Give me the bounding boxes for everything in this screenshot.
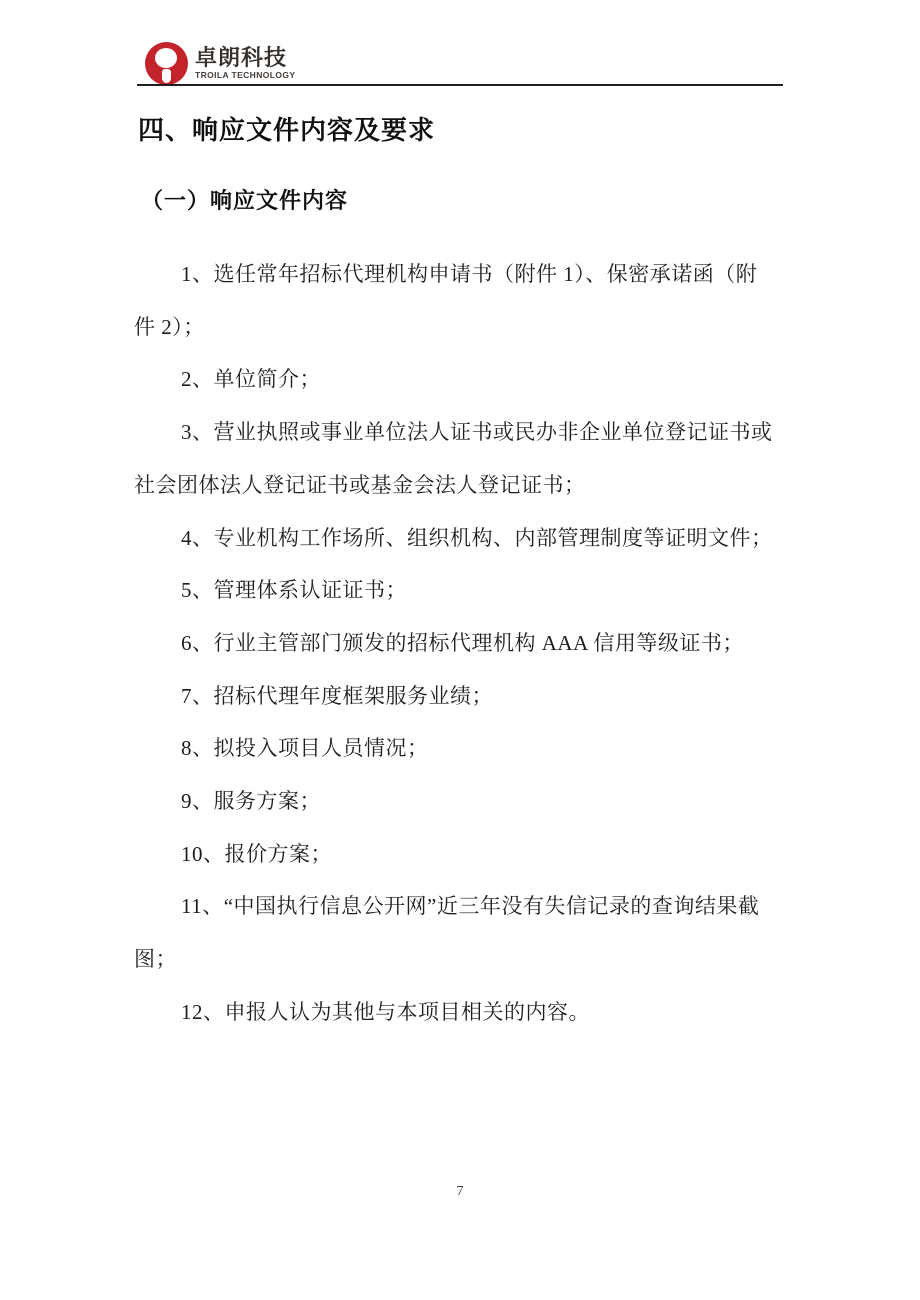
list-item-line-first: 9、服务方案； <box>134 775 790 828</box>
list-item: 11、“中国执行信息公开网”近三年没有失信记录的查询结果截图； <box>134 880 790 985</box>
troila-logo-icon <box>145 42 188 85</box>
list-item-line-first: 1、选任常年招标代理机构申请书（附件 1）、保密承诺函（附 <box>134 248 790 301</box>
logo-company-name-en: TROILA TECHNOLOGY <box>195 70 295 81</box>
list-item-line-first: 5、管理体系认证证书； <box>134 564 790 617</box>
list-item-line-first: 10、报价方案； <box>134 828 790 881</box>
section-title: 四、响应文件内容及要求 <box>138 113 435 147</box>
requirements-list: 1、选任常年招标代理机构申请书（附件 1）、保密承诺函（附件 2）；2、单位简介… <box>134 248 790 1039</box>
list-item: 10、报价方案； <box>134 828 790 881</box>
list-item: 12、申报人认为其他与本项目相关的内容。 <box>134 986 790 1039</box>
list-item-line-first: 4、专业机构工作场所、组织机构、内部管理制度等证明文件； <box>134 512 790 565</box>
list-item-line-first: 8、拟投入项目人员情况； <box>134 722 790 775</box>
list-item: 8、拟投入项目人员情况； <box>134 722 790 775</box>
logo-keyhole-shape <box>155 48 177 68</box>
document-header: 卓朗科技 TROILA TECHNOLOGY <box>0 0 920 100</box>
list-item-line-first: 11、“中国执行信息公开网”近三年没有失信记录的查询结果截 <box>134 880 790 933</box>
list-item-line-first: 12、申报人认为其他与本项目相关的内容。 <box>134 986 790 1039</box>
list-item-line-wrap: 社会团体法人登记证书或基金会法人登记证书； <box>134 459 790 512</box>
logo-text-block: 卓朗科技 TROILA TECHNOLOGY <box>195 46 295 81</box>
document-page: 卓朗科技 TROILA TECHNOLOGY 四、响应文件内容及要求 （一）响应… <box>0 0 920 1300</box>
list-item-line-wrap: 图； <box>134 933 790 986</box>
list-item-line-first: 6、行业主管部门颁发的招标代理机构 AAA 信用等级证书； <box>134 617 790 670</box>
list-item-line-first: 2、单位简介； <box>134 353 790 406</box>
list-item-line-first: 7、招标代理年度框架服务业绩； <box>134 670 790 723</box>
header-divider-line <box>137 84 783 86</box>
list-item: 1、选任常年招标代理机构申请书（附件 1）、保密承诺函（附件 2）； <box>134 248 790 353</box>
company-logo: 卓朗科技 TROILA TECHNOLOGY <box>145 42 295 85</box>
list-item: 4、专业机构工作场所、组织机构、内部管理制度等证明文件； <box>134 512 790 565</box>
list-item: 5、管理体系认证证书； <box>134 564 790 617</box>
list-item: 2、单位简介； <box>134 353 790 406</box>
logo-keyhole-stem <box>162 69 171 83</box>
logo-company-name-cn: 卓朗科技 <box>195 46 295 70</box>
list-item: 7、招标代理年度框架服务业绩； <box>134 670 790 723</box>
page-number: 7 <box>0 1184 920 1200</box>
list-item: 3、营业执照或事业单位法人证书或民办非企业单位登记证书或社会团体法人登记证书或基… <box>134 406 790 511</box>
subsection-title: （一）响应文件内容 <box>141 186 348 216</box>
list-item-line-wrap: 件 2）； <box>134 301 790 354</box>
list-item: 6、行业主管部门颁发的招标代理机构 AAA 信用等级证书； <box>134 617 790 670</box>
list-item: 9、服务方案； <box>134 775 790 828</box>
list-item-line-first: 3、营业执照或事业单位法人证书或民办非企业单位登记证书或 <box>134 406 790 459</box>
